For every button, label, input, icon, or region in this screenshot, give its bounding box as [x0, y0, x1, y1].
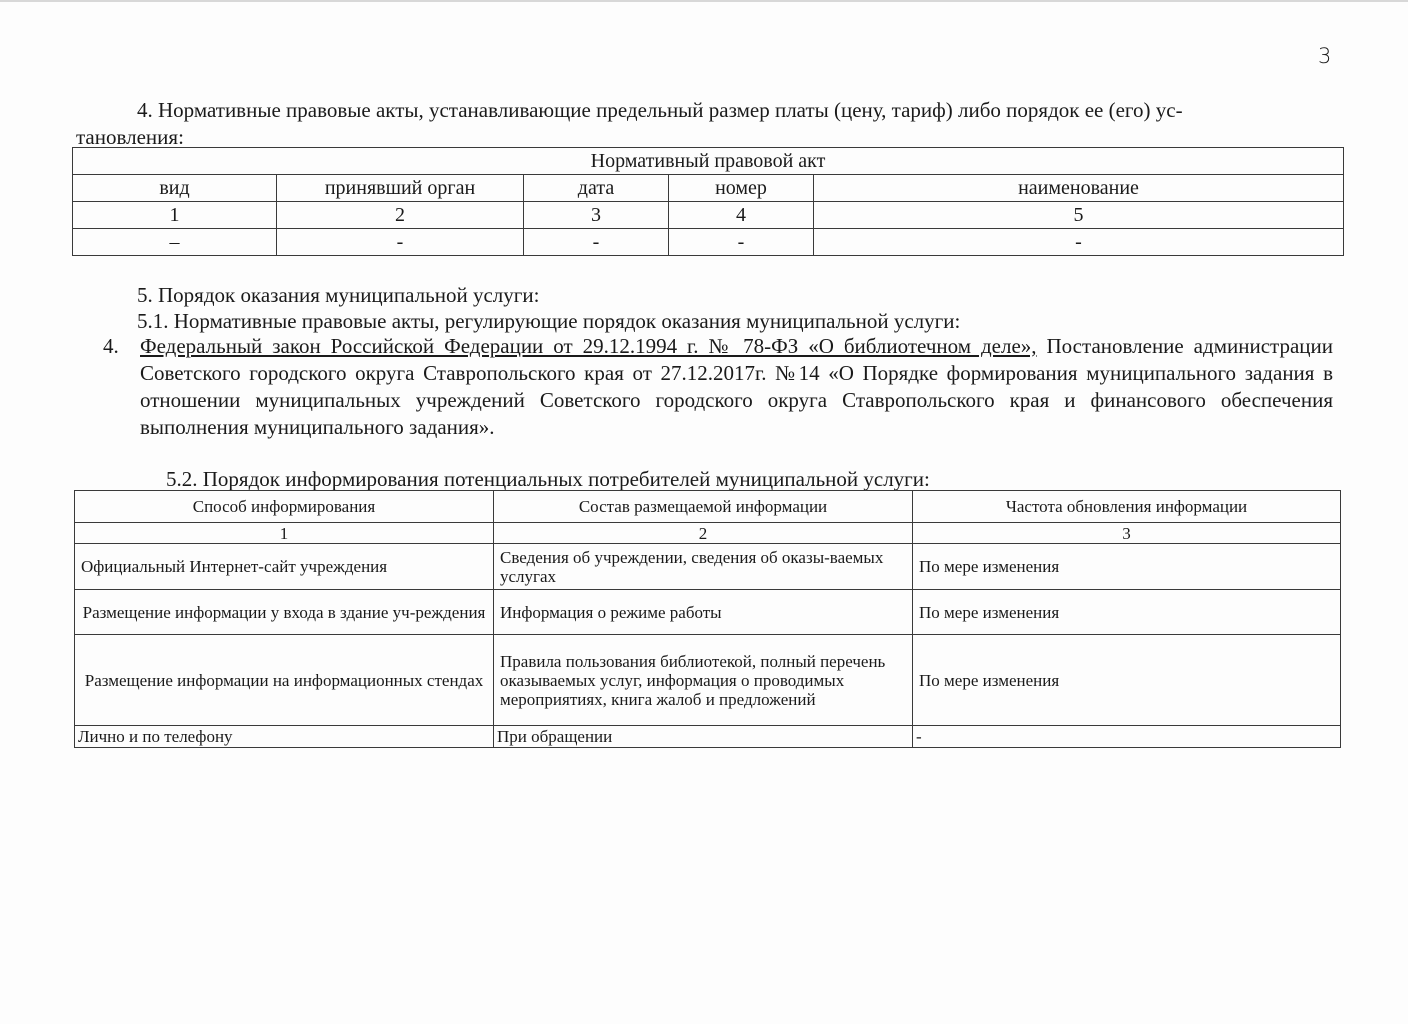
table-row: Размещение информации на информационных …	[75, 635, 1341, 726]
table-row: Размещение информации у входа в здание у…	[75, 590, 1341, 635]
col-header: Состав размещаемой информации	[494, 491, 913, 523]
informing-table: Способ информирования Состав размещаемой…	[74, 490, 1341, 748]
col-number: 1	[75, 523, 494, 544]
table-cell: Сведения об учреждении, сведения об оказ…	[494, 544, 913, 590]
table-cell: -	[277, 229, 524, 256]
table-cell: -	[814, 229, 1344, 256]
table-cell: По мере изменения	[913, 590, 1341, 635]
scan-top-edge	[0, 0, 1408, 2]
table-cell: Размещение информации на информационных …	[75, 635, 494, 726]
table-cell: При обращении	[494, 726, 913, 748]
section5-heading: 5. Порядок оказания муниципальной услуги…	[137, 282, 539, 308]
tariff-acts-table: Нормативный правовой акт вид принявший о…	[72, 147, 1344, 256]
table-cell: -	[669, 229, 814, 256]
col-header: вид	[73, 175, 277, 202]
list-item-number: 4.	[103, 333, 119, 360]
table-cell: –	[73, 229, 277, 256]
table-row: – - - - -	[73, 229, 1344, 256]
col-number: 5	[814, 202, 1344, 229]
regulatory-acts-paragraph: Федеральный закон Российской Федерации о…	[140, 333, 1333, 441]
table-cell: -	[913, 726, 1341, 748]
col-number: 2	[277, 202, 524, 229]
table-cell: По мере изменения	[913, 544, 1341, 590]
table-cell: Информация о режиме работы	[494, 590, 913, 635]
table-cell: Лично и по телефону	[75, 726, 494, 748]
col-header: номер	[669, 175, 814, 202]
col-number: 3	[913, 523, 1341, 544]
table-number-row: 1 2 3	[75, 523, 1341, 544]
col-header: наименование	[814, 175, 1344, 202]
table-title-row: Нормативный правовой акт	[73, 148, 1344, 175]
federal-law-reference: Федеральный закон Российской Федерации о…	[140, 334, 1037, 358]
col-number: 4	[669, 202, 814, 229]
table-row: Официальный Интернет-сайт учреждения Све…	[75, 544, 1341, 590]
section52-heading: 5.2. Порядок информирования потенциальны…	[166, 466, 930, 492]
table-row: Лично и по телефону При обращении -	[75, 726, 1341, 748]
col-header: Способ информирования	[75, 491, 494, 523]
col-header: принявший орган	[277, 175, 524, 202]
col-header: Частота обновления информации	[913, 491, 1341, 523]
table-cell: Размещение информации у входа в здание у…	[75, 590, 494, 635]
section51-heading: 5.1. Нормативные правовые акты, регулиру…	[137, 308, 960, 334]
col-header: дата	[524, 175, 669, 202]
table-cell: -	[524, 229, 669, 256]
table-number-row: 1 2 3 4 5	[73, 202, 1344, 229]
page-number: 3	[1318, 44, 1331, 68]
table-cell: По мере изменения	[913, 635, 1341, 726]
table-cell: Официальный Интернет-сайт учреждения	[75, 544, 494, 590]
table-cell: Правила пользования библиотекой, полный …	[494, 635, 913, 726]
col-number: 3	[524, 202, 669, 229]
table-header-row: Способ информирования Состав размещаемой…	[75, 491, 1341, 523]
table-header-row: вид принявший орган дата номер наименова…	[73, 175, 1344, 202]
col-number: 1	[73, 202, 277, 229]
table-title: Нормативный правовой акт	[73, 148, 1344, 175]
section4-heading-line1: 4. Нормативные правовые акты, устанавлив…	[137, 97, 1183, 123]
col-number: 2	[494, 523, 913, 544]
